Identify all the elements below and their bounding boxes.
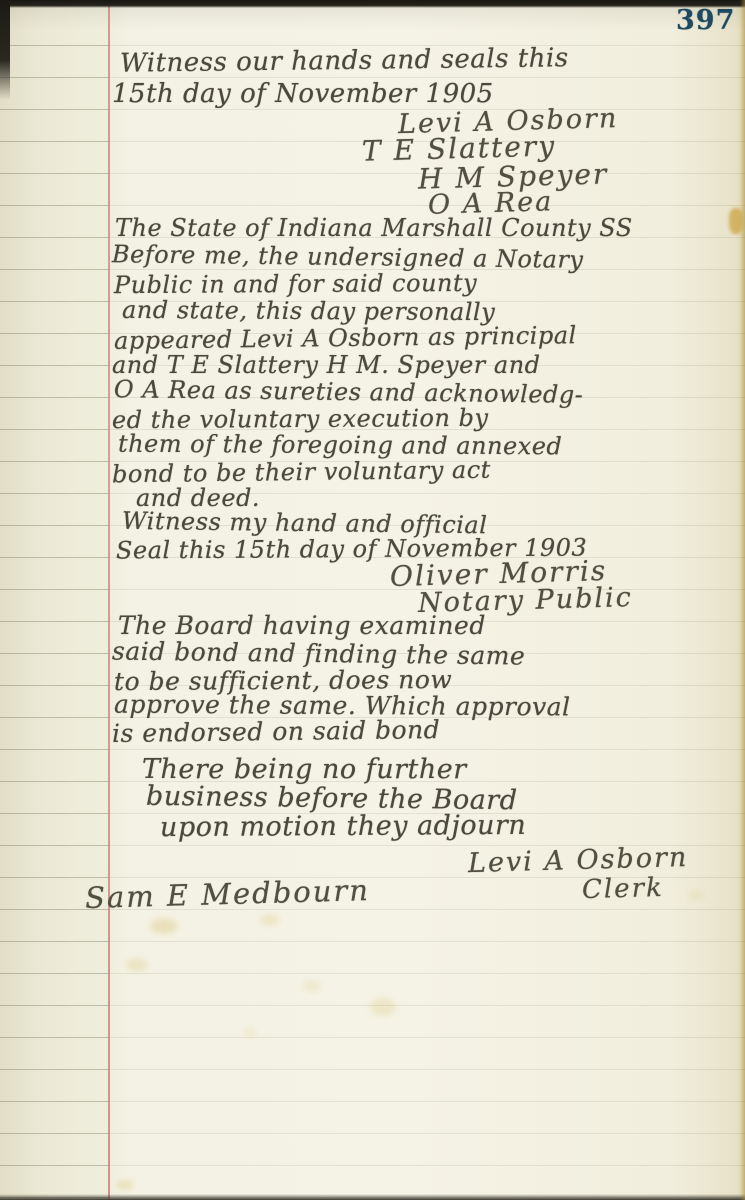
foxing-spot (688, 890, 704, 900)
foxing-spot (116, 1180, 134, 1190)
scan-edge-bottom (0, 1194, 745, 1200)
edge-stain (729, 208, 743, 234)
handwritten-line: appeared Levi A Osborn as principal (114, 321, 577, 355)
handwritten-line: 15th day of November 1905 (112, 79, 494, 109)
foxing-spot (126, 958, 148, 972)
ruled-lines-left-margin (0, 14, 108, 1200)
scan-edge-top (0, 0, 745, 8)
foxing-spot (243, 1028, 257, 1038)
red-margin-line (108, 0, 110, 1200)
signature-line: Clerk (582, 873, 665, 905)
foxing-spot (260, 914, 280, 926)
page-number: 397 (676, 5, 736, 36)
foxing-spot (150, 918, 178, 934)
handwritten-line: and T E Slattery H M. Speyer and (112, 351, 541, 379)
scan-edge-left (0, 0, 10, 100)
scan-edge-right (740, 0, 745, 1200)
handwritten-line: Witness our hands and seals this (120, 43, 569, 78)
handwritten-line: them of the foregoing and annexed (118, 430, 562, 461)
handwritten-line: The Board having examined (118, 611, 486, 640)
handwritten-line: is endorsed on said bond (112, 715, 441, 748)
foxing-spot (303, 980, 321, 992)
foxing-spot (370, 998, 396, 1016)
handwritten-line: The State of Indiana Marshall County SS (115, 214, 633, 242)
ledger-page: 397 Witness our hands and seals this15th… (0, 0, 745, 1200)
handwritten-line: Public in and for said county (114, 269, 477, 299)
handwritten-line: and state, this day personally (122, 296, 495, 326)
handwritten-line: upon motion they adjourn (160, 810, 526, 843)
signature-line: Sam E Medbourn (85, 873, 371, 915)
